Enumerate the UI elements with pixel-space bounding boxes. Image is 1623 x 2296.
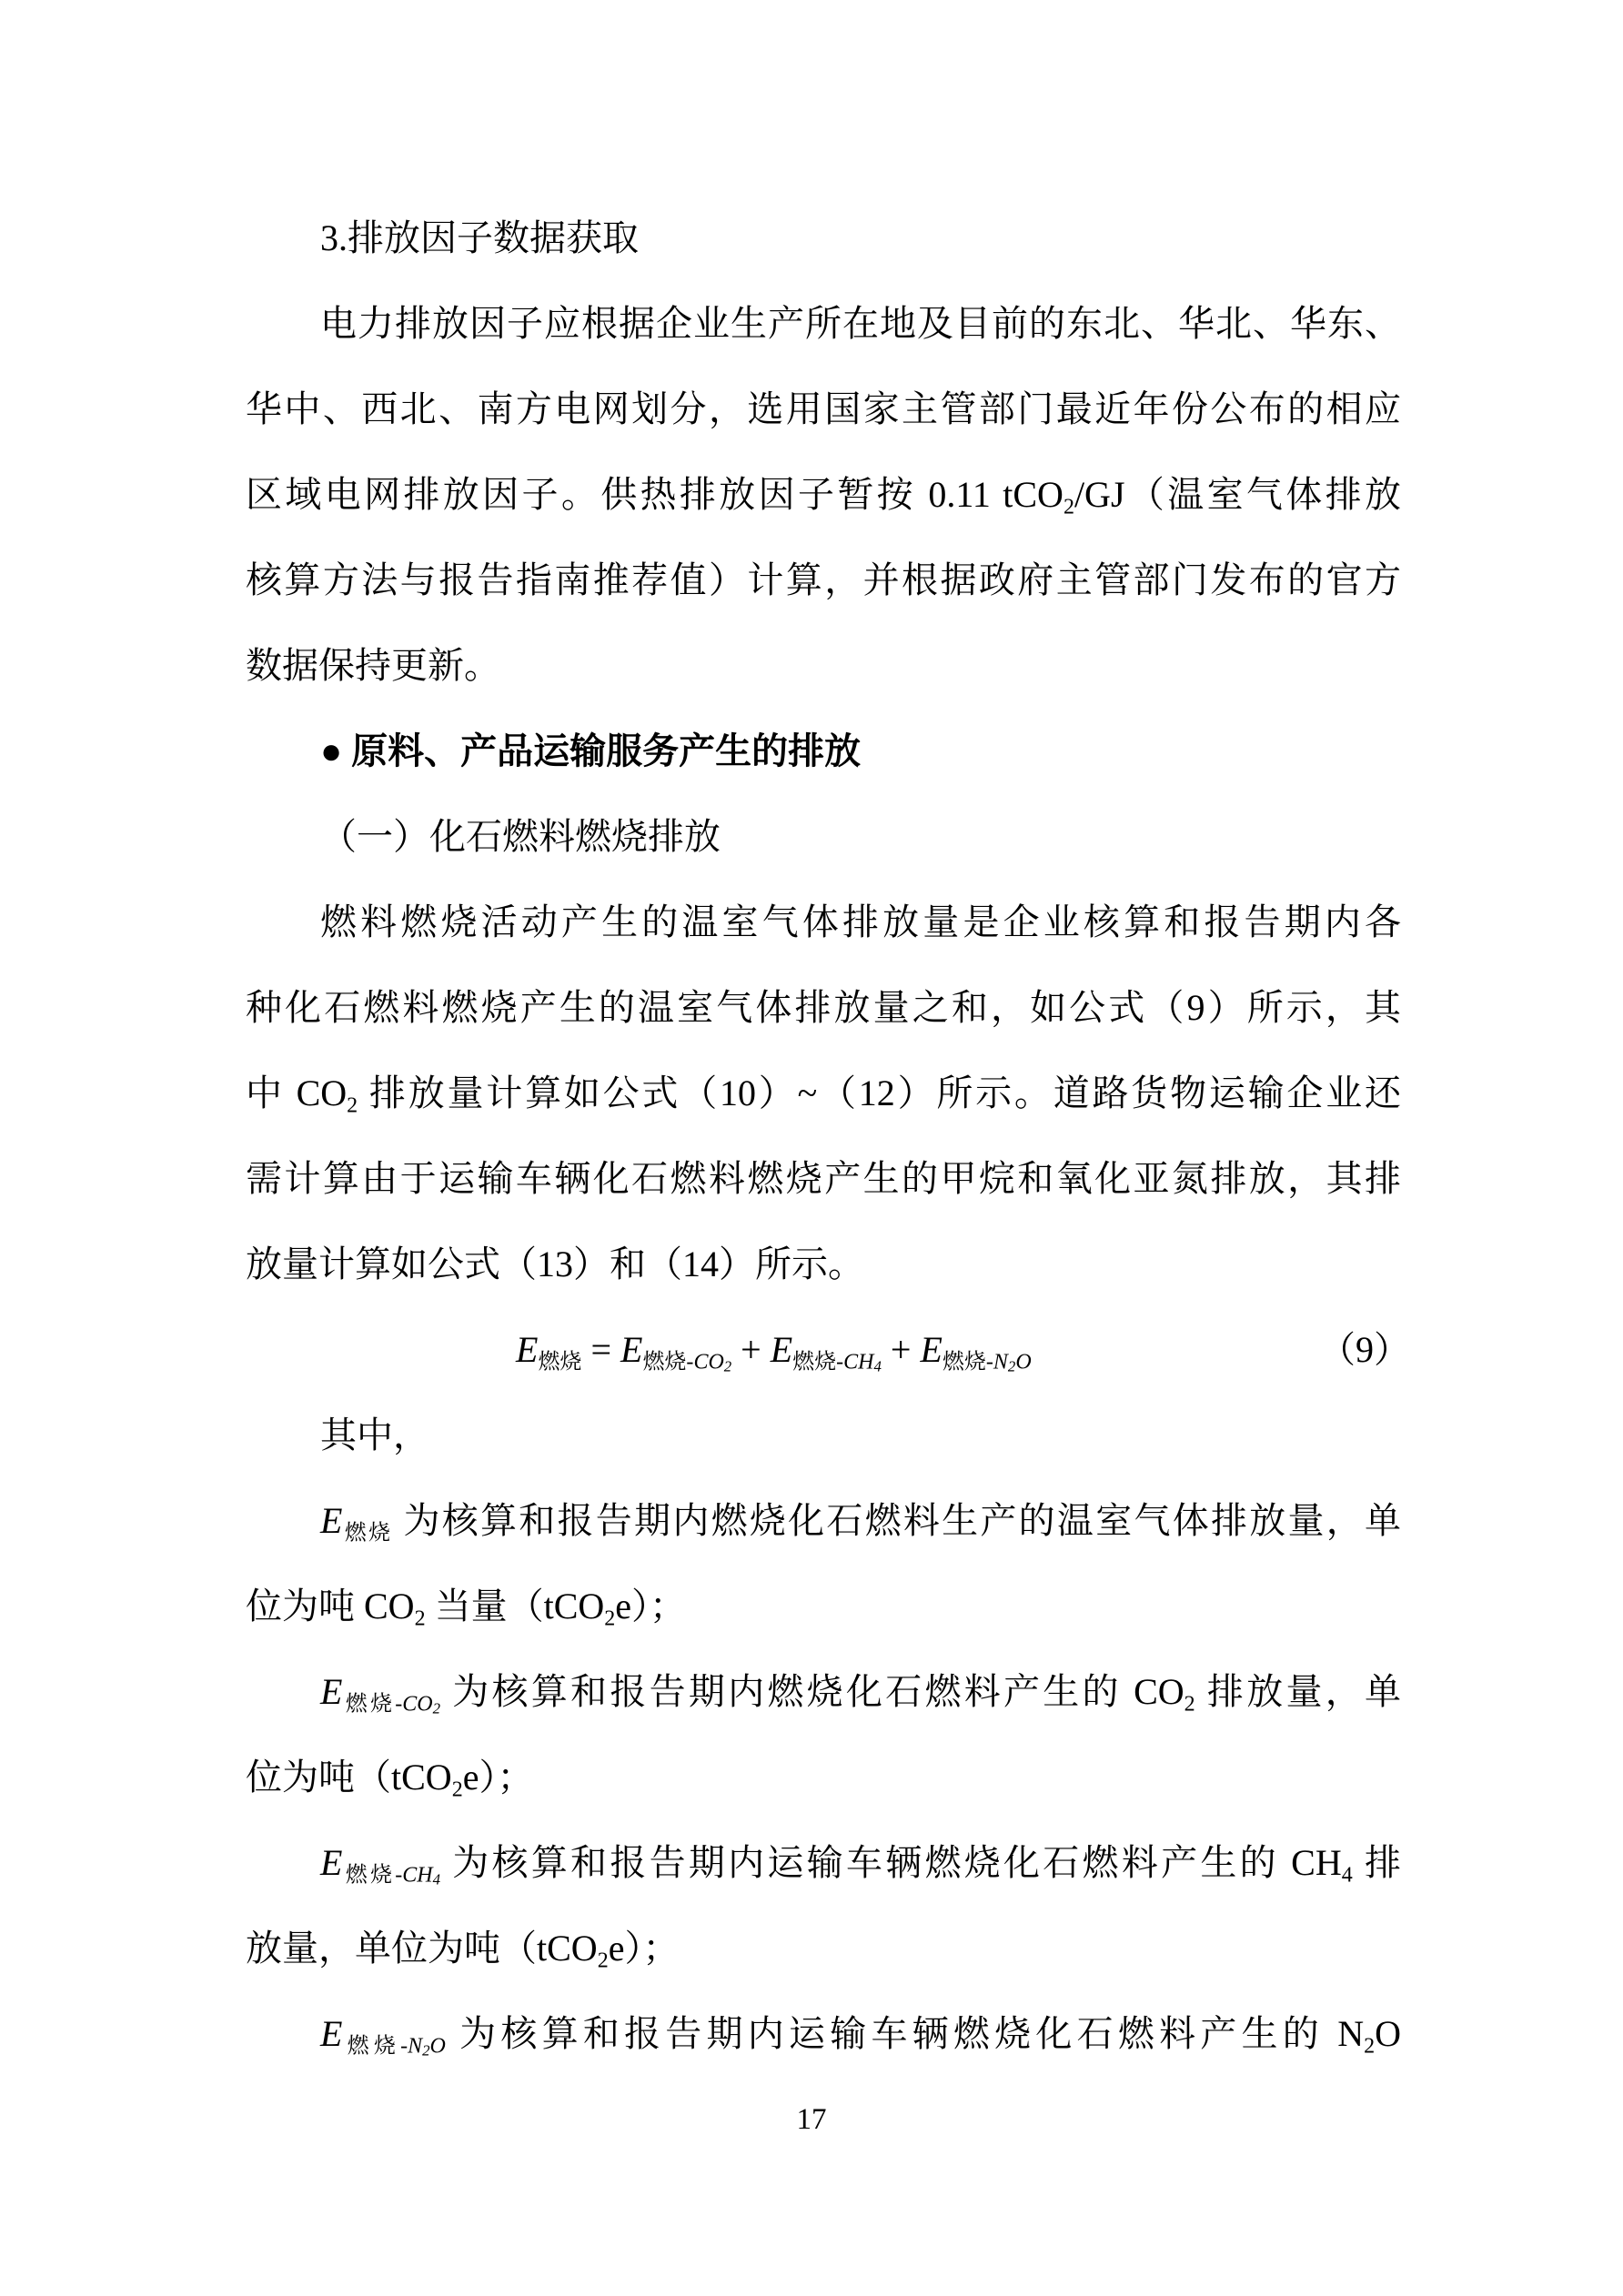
subsection-heading: （一）化石燃料燃烧排放 <box>246 794 1401 880</box>
definition-line: 位为吨（tCO2e）； <box>246 1735 1401 1820</box>
definition-line: E燃烧-N2O 为核算和报告期内运输车辆燃烧化石燃料产生的 N2O <box>246 1991 1401 2077</box>
paragraph-line: 华中、西北、南方电网划分，选用国家主管部门最近年份公布的相应 <box>246 367 1401 452</box>
section-heading: 3.排放因子数据获取 <box>246 196 1401 281</box>
equation-line: E燃烧 = E燃烧-CO2 + E燃烧-CH4 + E燃烧-N2O（9） <box>246 1307 1401 1393</box>
bullet-heading: ● 原料、产品运输服务产生的排放 <box>246 709 1401 794</box>
paragraph-line: 区域电网排放因子。供热排放因子暂按 0.11 tCO2/GJ（温室气体排放 <box>246 452 1401 538</box>
definition-line: E燃烧 为核算和报告期内燃烧化石燃料生产的温室气体排放量，单 <box>246 1478 1401 1564</box>
paragraph-line: 放量计算如公式（13）和（14）所示。 <box>246 1222 1401 1307</box>
document-page: 3.排放因子数据获取电力排放因子应根据企业生产所在地及目前的东北、华北、华东、华… <box>0 0 1623 2296</box>
definition-line: 放量，单位为吨（tCO2e）； <box>246 1906 1401 1991</box>
paragraph-line: 燃料燃烧活动产生的温室气体排放量是企业核算和报告期内各 <box>246 880 1401 965</box>
definition-line: E燃烧-CH4 为核算和报告期内运输车辆燃烧化石燃料产生的 CH4 排 <box>246 1820 1401 1906</box>
paragraph-line: 中 CO2 排放量计算如公式（10）~（12）所示。道路货物运输企业还 <box>246 1051 1401 1136</box>
paragraph-line: 核算方法与报告指南推荐值）计算，并根据政府主管部门发布的官方 <box>246 538 1401 623</box>
page-content: 3.排放因子数据获取电力排放因子应根据企业生产所在地及目前的东北、华北、华东、华… <box>246 196 1401 2077</box>
definition-line: E燃烧-CO2 为核算和报告期内燃烧化石燃料产生的 CO2 排放量，单 <box>246 1649 1401 1735</box>
paragraph-line: 种化石燃料燃烧产生的温室气体排放量之和，如公式（9）所示，其 <box>246 965 1401 1051</box>
definition-line: 位为吨 CO2 当量（tCO2e）； <box>246 1564 1401 1649</box>
page-number: 17 <box>0 2101 1623 2138</box>
paragraph-line: 数据保持更新。 <box>246 623 1401 709</box>
equation-number: （9） <box>1319 1307 1410 1393</box>
paragraph-line: 电力排放因子应根据企业生产所在地及目前的东北、华北、华东、 <box>246 281 1401 367</box>
paragraph-line: 需计算由于运输车辆化石燃料燃烧产生的甲烷和氧化亚氮排放，其排 <box>246 1136 1401 1222</box>
paragraph-line: 其中， <box>246 1393 1401 1478</box>
